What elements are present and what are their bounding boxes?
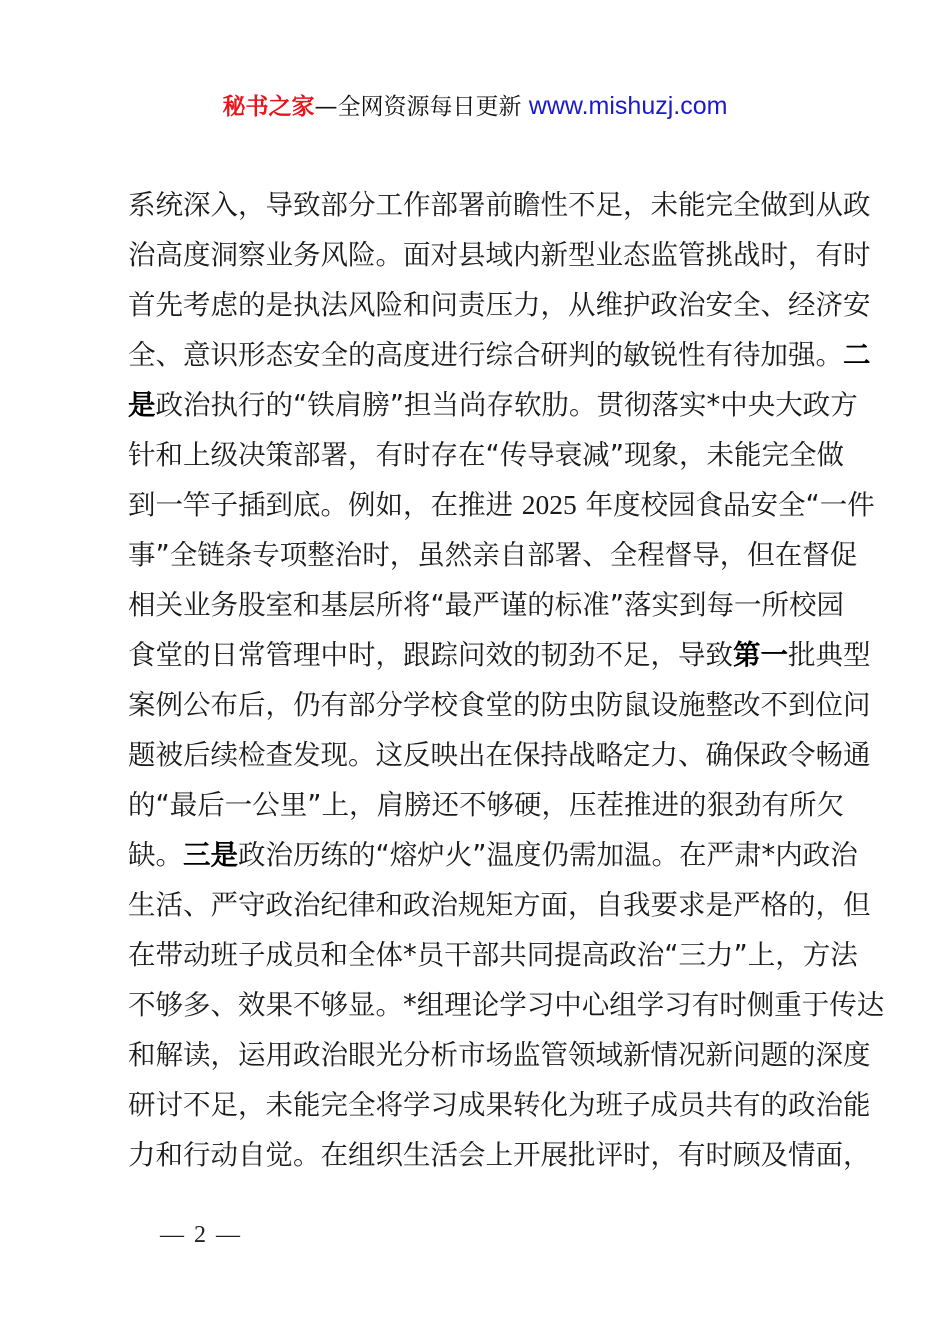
page-header-watermark: 秘书之家—全网资源每日更新 www.mishuzj.com (0, 86, 950, 127)
text-segment: 针和上级决策部署，有时存在“传导衰减”现象，未能完全做 (128, 439, 844, 471)
text-segment: 缺。 (128, 839, 183, 871)
text-line: 力和行动自觉。在组织生活会上开展批评时，有时顾及情面， (128, 1130, 834, 1180)
text-segment: 相关业务股室和基层所将“最严谨的标准”落实到每一所校园 (128, 589, 844, 621)
brand-name: 秘书之家 (223, 94, 315, 120)
text-line: 的“最后一公里”上，肩膀还不够硬，压茬推进的狠劲有所欠 (128, 780, 834, 830)
text-line: 首先考虑的是执法风险和问责压力，从维护政治安全、经济安 (128, 280, 834, 330)
text-line: 到一竿子插到底。例如，在推进 2025 年度校园食品安全“一件 (128, 480, 834, 530)
text-segment: 研讨不足，未能完全将学习成果转化为班子成员共有的政治能 (128, 1089, 871, 1121)
header-slogan: —全网资源每日更新 (315, 94, 522, 120)
document-page: 秘书之家—全网资源每日更新 www.mishuzj.com 系统深入，导致部分工… (0, 0, 950, 1344)
bold-text-segment: 三是 (183, 839, 238, 871)
text-segment: 案例公布后，仍有部分学校食堂的防虫防鼠设施整改不到位问 (128, 689, 871, 721)
text-line: 治高度洞察业务风险。面对县域内新型业态监管挑战时，有时 (128, 230, 834, 280)
text-line: 研讨不足，未能完全将学习成果转化为班子成员共有的政治能 (128, 1080, 834, 1130)
text-line: 是政治执行的“铁肩膀”担当尚存软肋。贯彻落实*中央大政方 (128, 380, 834, 430)
text-line: 事”全链条专项整治时，虽然亲自部署、全程督导，但在督促 (128, 530, 834, 580)
text-segment: 批典型 (788, 639, 871, 671)
text-segment: 首先考虑的是执法风险和问责压力，从维护政治安全、经济安 (128, 289, 871, 321)
text-line: 全、意识形态安全的高度进行综合研判的敏锐性有待加强。二 (128, 330, 834, 380)
bold-text-segment: 是 (128, 389, 156, 421)
text-segment: 和解读，运用政治眼光分析市场监管领域新情况新问题的深度 (128, 1039, 871, 1071)
text-line: 相关业务股室和基层所将“最严谨的标准”落实到每一所校园 (128, 580, 834, 630)
text-segment: 政治执行的“铁肩膀”担当尚存软肋。贯彻落实*中央大政方 (156, 389, 858, 421)
text-segment: 的“最后一公里”上，肩膀还不够硬，压茬推进的狠劲有所欠 (128, 789, 844, 821)
text-segment: 到一竿子插到底。例如，在推进 (128, 489, 522, 521)
bold-text-segment: 二 (843, 339, 871, 371)
text-line: 和解读，运用政治眼光分析市场监管领域新情况新问题的深度 (128, 1030, 834, 1080)
text-segment: 治高度洞察业务风险。面对县域内新型业态监管挑战时，有时 (128, 239, 871, 271)
text-line: 不够多、效果不够显。*组理论学习中心组学习有时侧重于传达 (128, 980, 834, 1030)
text-line: 在带动班子成员和全体*员干部共同提高政治“三力”上，方法 (128, 930, 834, 980)
text-line: 针和上级决策部署，有时存在“传导衰减”现象，未能完全做 (128, 430, 834, 480)
text-segment: 生活、严守政治纪律和政治规矩方面，自我要求是严格的，但 (128, 889, 871, 921)
header-url-link[interactable]: www.mishuzj.com (529, 92, 728, 120)
text-line: 食堂的日常管理中时，跟踪问效的韧劲不足，导致第一批典型 (128, 630, 834, 680)
text-segment: 力和行动自觉。在组织生活会上开展批评时，有时顾及情面， (128, 1139, 871, 1171)
text-segment: 政治历练的“熔炉火”温度仍需加温。在严肃*内政治 (238, 839, 858, 871)
text-segment: 不够多、效果不够显。*组理论学习中心组学习有时侧重于传达 (128, 989, 884, 1021)
text-line: 案例公布后，仍有部分学校食堂的防虫防鼠设施整改不到位问 (128, 680, 834, 730)
text-segment: 在带动班子成员和全体*员干部共同提高政治“三力”上，方法 (128, 939, 858, 971)
page-number: — 2 — (160, 1222, 242, 1249)
text-line: 题被后续检查发现。这反映出在保持战略定力、确保政令畅通 (128, 730, 834, 780)
text-segment: 题被后续检查发现。这反映出在保持战略定力、确保政令畅通 (128, 739, 871, 771)
text-segment: 全、意识形态安全的高度进行综合研判的敏锐性有待加强。 (128, 339, 843, 371)
text-segment: 事”全链条专项整治时，虽然亲自部署、全程督导，但在督促 (128, 539, 857, 571)
text-line: 生活、严守政治纪律和政治规矩方面，自我要求是严格的，但 (128, 880, 834, 930)
text-segment: 食堂的日常管理中时，跟踪问效的韧劲不足，导致 (128, 639, 733, 671)
bold-text-segment: 第一 (733, 639, 788, 671)
text-segment: 2025 (522, 489, 577, 520)
text-segment: 系统深入，导致部分工作部署前瞻性不足，未能完全做到从政 (128, 189, 871, 221)
text-segment: 年度校园食品安全“一件 (577, 489, 875, 521)
text-line: 系统深入，导致部分工作部署前瞻性不足，未能完全做到从政 (128, 180, 834, 230)
body-paragraph: 系统深入，导致部分工作部署前瞻性不足，未能完全做到从政治高度洞察业务风险。面对县… (128, 180, 834, 1180)
text-line: 缺。三是政治历练的“熔炉火”温度仍需加温。在严肃*内政治 (128, 830, 834, 880)
